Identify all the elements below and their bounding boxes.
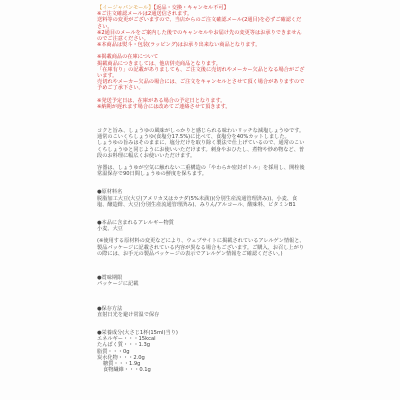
store-notice-section: 【イージャパンモール】【返品・交換・キャンセル不可】 ※ご注文確認メールは2通送… [97,5,306,48]
product-description-page: 【イージャパンモール】【返品・交換・キャンセル不可】 ※ご注文確認メールは2通送… [0,0,400,400]
order-notice-line-3: ※2通目のメールをご案内した後でのキャンセルやお届け先の変更等はお承りできません… [97,30,306,42]
storage-section: ●保存方法 直射日光を避け常温で保存 [97,306,306,318]
description-text-block: 【イージャパンモール】【返品・交換・キャンセル不可】 ※ご注文確認メールは2通送… [97,5,306,373]
shipping-notice-section: ※発送予定日は、在庫がある場合の予定日となります。 ※納期が遅れます場合には改め… [97,98,306,110]
stock-notice-line-3: 売切れやメーカー欠品の場合には、ご注文をキャンセルとさせて頂く場合がありますので… [97,79,306,91]
allergens-section: ●本品に含まれるアレルギー物質 小麦、大豆 (※使用する原材料の変更などにより、… [97,220,306,257]
description-para-4: 容器は、しょうゆが空気に触れない二重構造の「やわらか密封ボトル」を採用し、開栓後… [97,165,306,177]
storage-value: 直射日光を避け常温で保存 [97,312,306,318]
stock-notice-section: ※掲載商品の在庫について 掲載商品につきましては、他店併売商品となります。 「在… [97,54,306,91]
expiry-section: ●賞味期限 パッケージに記載 [97,275,306,287]
order-notice-line-2: 送料等の変更がございますので、当店からのご注文確認メール(2通目)を必ずご確認く… [97,17,306,29]
ingredients-section: ●原材料名 脱脂加工大豆(大豆(アメリカ又はカナダ(5%未満))(分別生産流通管… [97,189,306,208]
product-description-section: コクと旨み、しょうゆの風味がしっかりと感じられる味わいリッチな減塩しょうゆです。… [97,128,306,177]
ingredients-text: 脱脂加工大豆(大豆(アメリカ又はカナダ(5%未満))(分別生産流通管理済み))、… [97,196,306,208]
allergens-items: 小麦、大豆 [97,226,306,232]
expiry-value: パッケージに記載 [97,281,306,287]
order-notice-line-4: ※本商品は熨斗・包装(ラッピング)はお承り出来ない商品となります。 [97,42,306,48]
allergens-note: (※使用する原材料の変更などにより、ウェブサイトに掲載されているアレルゲン情報と… [97,238,306,257]
shipping-notice-line-2: ※納期が遅れます場合には改めてご連絡させて頂きます。 [97,104,306,110]
description-para-3: しょうゆの旨みはそのままに、塩分だけを取り除く製法で仕上げているので、通常のこい… [97,140,306,159]
stock-notice-line-2: 「在庫有り」の記載がありましても、ご注文後に売切れやメーカー欠品となる場合がござ… [97,67,306,79]
nutrition-subrow-fiber: 食物繊維・・・0.1g [97,367,306,373]
nutrition-section: ●栄養成分(大さじ1杯(15ml)当り) エネルギー・・・15kcal たんぱく… [97,330,306,373]
